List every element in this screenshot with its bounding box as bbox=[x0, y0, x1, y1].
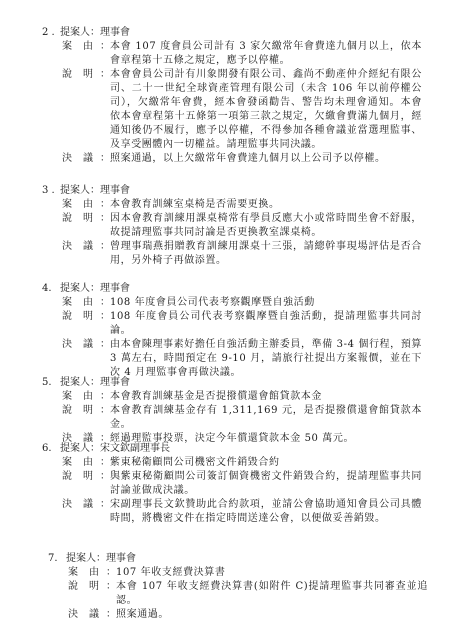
resolution-text: 照案通過，以上欠繳常年會費達九個月以上公司予以停權。 bbox=[110, 152, 422, 166]
description-label: 說明 bbox=[68, 580, 106, 608]
resolution-text: 宋副理事長文欽贊助此合約款項，並請公會協助通知會員公司具體時間，將機密文件在指定… bbox=[110, 498, 422, 526]
subject-label: 案由 bbox=[68, 566, 106, 580]
proposer-value: 理事會 bbox=[106, 552, 136, 566]
proposal-number: 6. bbox=[42, 442, 60, 456]
description-label: 說明 bbox=[62, 470, 100, 498]
subject-label: 案由 bbox=[62, 296, 100, 310]
resolution-label: 決議 bbox=[68, 608, 106, 622]
proposal-number: 3 . bbox=[42, 184, 60, 198]
description-row: 說明 ： 因本會教育訓練用課桌椅常有學員反應大小或常時間坐會不舒服，故提請理監事… bbox=[62, 212, 422, 240]
resolution-label: 決議 bbox=[62, 498, 100, 526]
resolution-text: 照案通過。 bbox=[116, 608, 428, 622]
proposer-line: 3 . 提案人 ： 理事會 bbox=[42, 184, 422, 198]
colon: ： bbox=[90, 376, 100, 390]
description-row: 說明 ： 本會教育訓練基金存有 1,311,169 元，是否提撥償還會館貸款本金… bbox=[62, 404, 422, 432]
description-label: 說明 bbox=[62, 404, 100, 432]
proposal-number: 4. bbox=[42, 282, 60, 296]
resolution-row: 決議 ： 照案通過，以上欠繳常年會費達九個月以上公司予以停權。 bbox=[62, 152, 422, 166]
subject-text: 本會教育訓練基金是否提撥償還會館貸款本金 bbox=[110, 390, 422, 404]
description-row: 說明 ： 本會 107 年收支經費決算書(如附件 C)提請理監事共同審查並追認。 bbox=[68, 580, 428, 608]
proposal-7: 7. 提案人 ： 理事會 案由 ： 107 年收支經費決算書 說明 ： 本會 1… bbox=[48, 552, 428, 622]
proposer-line: 4. 提案人 ： 理事會 bbox=[42, 282, 422, 296]
resolution-label: 決議 bbox=[62, 240, 100, 268]
description-text: 108 年度會員公司代表考察觀摩暨自強活動，提請理監事共同討論。 bbox=[110, 310, 422, 338]
description-row: 說明 ： 108 年度會員公司代表考察觀摩暨自強活動，提請理監事共同討論。 bbox=[62, 310, 422, 338]
subject-row: 案由 ： 本會 107 度會員公司計有 3 家欠繳常年會費達九個月以上，依本會章… bbox=[62, 40, 422, 68]
resolution-row: 決議 ： 由本會陳理事素好擔任自強活動主辦委員，準備 3-4 個行程，預算 3 … bbox=[62, 338, 422, 380]
subject-label: 案由 bbox=[62, 198, 100, 212]
proposer-label: 提案人 bbox=[60, 26, 90, 40]
colon: ： bbox=[96, 552, 106, 566]
proposal-5: 5. 提案人 ： 理事會 案由 ： 本會教育訓練基金是否提撥償還會館貸款本金 說… bbox=[42, 376, 422, 446]
description-row: 說明 ： 與紫東秘衛顧問公司簽訂個資機密文件銷毀合約，提請理監事共同討論並做成決… bbox=[62, 470, 422, 498]
proposer-label: 提案人 bbox=[60, 282, 90, 296]
proposer-line: 7. 提案人 ： 理事會 bbox=[48, 552, 428, 566]
description-text: 本會教育訓練基金存有 1,311,169 元，是否提撥償還會館貸款本金。 bbox=[110, 404, 422, 432]
colon: ： bbox=[90, 26, 100, 40]
resolution-text: 由本會陳理事素好擔任自強活動主辦委員，準備 3-4 個行程，預算 3 萬左右，時… bbox=[110, 338, 422, 380]
subject-text: 紫東秘衛顧問公司機密文件銷毀合約 bbox=[110, 456, 422, 470]
resolution-row: 決議 ： 照案通過。 bbox=[68, 608, 428, 622]
description-text: 與紫東秘衛顧問公司簽訂個資機密文件銷毀合約，提請理監事共同討論並做成決議。 bbox=[110, 470, 422, 498]
subject-label: 案由 bbox=[62, 40, 100, 68]
subject-row: 案由 ： 108 年度會員公司代表考察觀摩暨自強活動 bbox=[62, 296, 422, 310]
description-text: 因本會教育訓練用課桌椅常有學員反應大小或常時間坐會不舒服，故提請理監事共同討論是… bbox=[110, 212, 422, 240]
subject-text: 107 年收支經費決算書 bbox=[116, 566, 428, 580]
proposer-label: 提案人 bbox=[60, 442, 90, 456]
proposal-3: 3 . 提案人 ： 理事會 案由 ： 本會教育訓練室桌椅是否需要更換。 說明 ：… bbox=[42, 184, 422, 268]
proposer-line: 5. 提案人 ： 理事會 bbox=[42, 376, 422, 390]
resolution-row: 決議 ： 宋副理事長文欽贊助此合約款項，並請公會協助通知會員公司具體時間，將機密… bbox=[62, 498, 422, 526]
description-text: 本會 107 年收支經費決算書(如附件 C)提請理監事共同審查並追認。 bbox=[116, 580, 428, 608]
colon: ： bbox=[90, 442, 100, 456]
subject-row: 案由 ： 紫東秘衛顧問公司機密文件銷毀合約 bbox=[62, 456, 422, 470]
description-label: 說明 bbox=[62, 212, 100, 240]
subject-label: 案由 bbox=[62, 456, 100, 470]
proposal-4: 4. 提案人 ： 理事會 案由 ： 108 年度會員公司代表考察觀摩暨自強活動 … bbox=[42, 282, 422, 380]
proposer-label: 提案人 bbox=[60, 184, 90, 198]
colon: ： bbox=[90, 184, 100, 198]
colon: ： bbox=[90, 282, 100, 296]
proposer-line: 2 . 提案人 ： 理事會 bbox=[42, 26, 422, 40]
subject-text: 本會教育訓練室桌椅是否需要更換。 bbox=[110, 198, 422, 212]
proposal-2: 2 . 提案人 ： 理事會 案由 ： 本會 107 度會員公司計有 3 家欠繳常… bbox=[42, 26, 422, 166]
proposer-line: 6. 提案人 ： 宋文欽副理事長 bbox=[42, 442, 422, 456]
proposal-number: 2 . bbox=[42, 26, 60, 40]
proposer-label: 提案人 bbox=[66, 552, 96, 566]
proposal-6: 6. 提案人 ： 宋文欽副理事長 案由 ： 紫東秘衛顧問公司機密文件銷毀合約 說… bbox=[42, 442, 422, 526]
subject-row: 案由 ： 本會教育訓練室桌椅是否需要更換。 bbox=[62, 198, 422, 212]
proposal-number: 7. bbox=[48, 552, 66, 566]
proposer-value: 理事會 bbox=[100, 376, 130, 390]
proposer-value: 理事會 bbox=[100, 26, 130, 40]
proposer-value: 理事會 bbox=[100, 282, 130, 296]
resolution-label: 決議 bbox=[62, 152, 100, 166]
description-row: 說明 ： 本會會員公司計有川象開發有限公司、鑫尚不動產仲介經紀有限公司、二十一世… bbox=[62, 68, 422, 152]
subject-text: 108 年度會員公司代表考察觀摩暨自強活動 bbox=[110, 296, 422, 310]
proposer-value: 理事會 bbox=[100, 184, 130, 198]
subject-row: 案由 ： 107 年收支經費決算書 bbox=[68, 566, 428, 580]
description-label: 說明 bbox=[62, 68, 100, 152]
resolution-row: 決議 ： 曾理事瑞燕捐贈教育訓練用課桌十三張，請總幹事現場評估是否合用，另外椅子… bbox=[62, 240, 422, 268]
resolution-label: 決議 bbox=[62, 338, 100, 380]
proposer-value: 宋文欽副理事長 bbox=[100, 442, 170, 456]
description-text: 本會會員公司計有川象開發有限公司、鑫尚不動產仲介經紀有限公司、二十一世紀全球資產… bbox=[110, 68, 422, 152]
subject-text: 本會 107 度會員公司計有 3 家欠繳常年會費達九個月以上，依本會章程第十五條… bbox=[110, 40, 422, 68]
description-label: 說明 bbox=[62, 310, 100, 338]
proposer-label: 提案人 bbox=[60, 376, 90, 390]
meeting-minutes-page: 2 . 提案人 ： 理事會 案由 ： 本會 107 度會員公司計有 3 家欠繳常… bbox=[0, 0, 452, 640]
subject-row: 案由 ： 本會教育訓練基金是否提撥償還會館貸款本金 bbox=[62, 390, 422, 404]
subject-label: 案由 bbox=[62, 390, 100, 404]
proposal-number: 5. bbox=[42, 376, 60, 390]
resolution-text: 曾理事瑞燕捐贈教育訓練用課桌十三張，請總幹事現場評估是否合用，另外椅子再做添置。 bbox=[110, 240, 422, 268]
